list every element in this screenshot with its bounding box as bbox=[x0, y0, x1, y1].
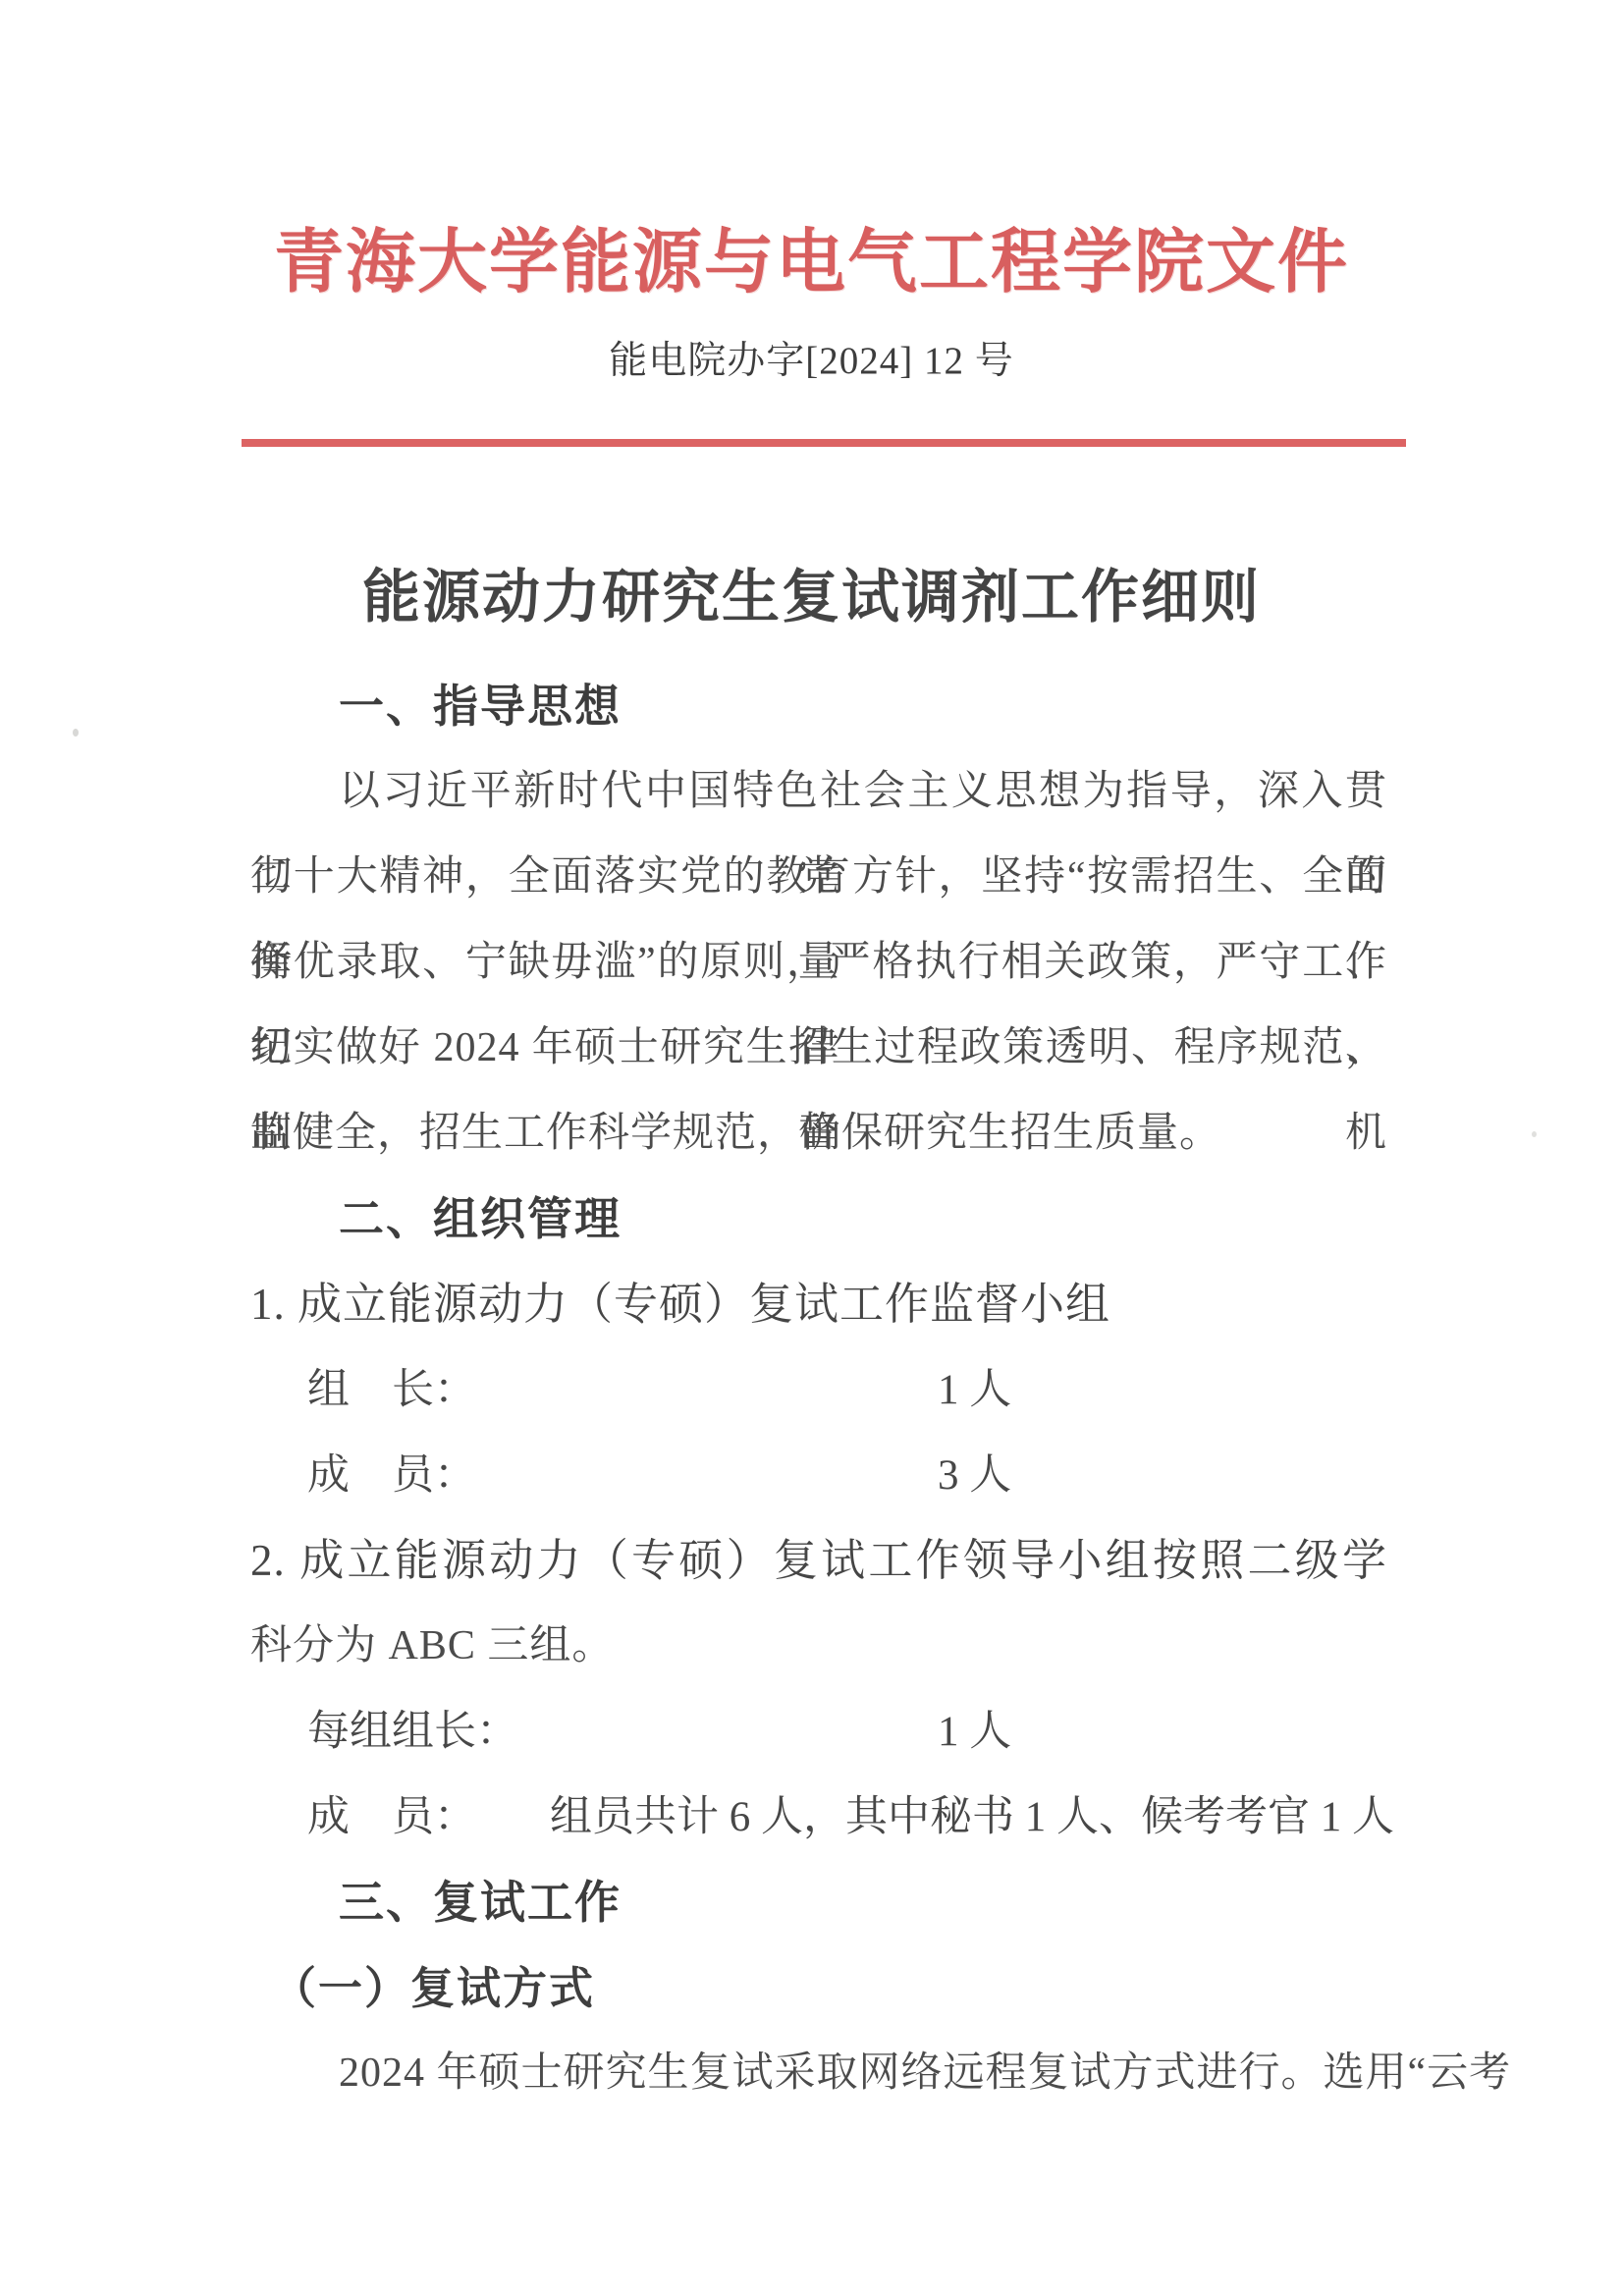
numbered-item-2: 2. 成立能源动力（专硕）复试工作领导小组按照二级学 bbox=[250, 1518, 1387, 1604]
letterhead-rule bbox=[242, 439, 1406, 447]
document-title: 能源动力研究生复试调剂工作细则 bbox=[0, 550, 1623, 633]
document-body: 一、指导思想以习近平新时代中国特色社会主义思想为指导，深入贯彻党的二十大精神，全… bbox=[250, 664, 1387, 2116]
numbered-item-1: 1. 成立能源动力（专硕）复试工作监督小组 bbox=[250, 1262, 1387, 1347]
body-line-7: 2024 年硕士研究生复试采取网络远程复试方式进行。选用“云考 bbox=[250, 2031, 1387, 2116]
kv-group-members-value: 组员共计 6 人，其中秘书 1 人、候考考官 1 人 bbox=[550, 1775, 1394, 1860]
kv-group-leader-label: 每组组长： bbox=[307, 1689, 518, 1775]
letterhead-org-title: 青海大学能源与电气工程学院文件 bbox=[0, 206, 1623, 306]
section-heading-3: 三、复试工作 bbox=[250, 1860, 1387, 1945]
kv-supervision-members-value: 3 人 bbox=[938, 1433, 1011, 1518]
kv-supervision-leader-value: 1 人 bbox=[938, 1347, 1011, 1433]
kv-supervision-leader-label: 组 长： bbox=[307, 1347, 476, 1433]
section-heading-2: 二、组织管理 bbox=[250, 1176, 1387, 1262]
scan-speckle bbox=[73, 729, 79, 737]
document-number: 能电院办字[2024] 12 号 bbox=[0, 330, 1623, 385]
body-line-5: 制健全，招生工作科学规范，确保研究生招生质量。 bbox=[250, 1091, 1387, 1176]
kv-group-leader: 每组组长：1 人 bbox=[250, 1689, 1387, 1775]
kv-supervision-members: 成 员：3 人 bbox=[250, 1433, 1387, 1518]
kv-group-leader-value: 1 人 bbox=[938, 1689, 1011, 1775]
document-page: 青海大学能源与电气工程学院文件 能电院办字[2024] 12 号 能源动力研究生… bbox=[0, 0, 1623, 2296]
section-heading-1: 一、指导思想 bbox=[250, 664, 1387, 749]
sub-heading-1: （一）复试方式 bbox=[272, 1945, 1387, 2031]
kv-group-members: 成 员：组员共计 6 人，其中秘书 1 人、候考考官 1 人 bbox=[250, 1775, 1387, 1860]
body-line-6: 科分为 ABC 三组。 bbox=[250, 1604, 1387, 1689]
kv-supervision-leader: 组 长：1 人 bbox=[250, 1347, 1387, 1433]
body-line-1: 以习近平新时代中国特色社会主义思想为指导，深入贯彻党的 bbox=[250, 749, 1387, 835]
body-line-3: 择优录取、宁缺毋滥”的原则，严格执行相关政策，严守工作纪律， bbox=[250, 920, 1387, 1006]
scan-speckle bbox=[1532, 1131, 1537, 1137]
kv-supervision-members-label: 成 员： bbox=[307, 1433, 476, 1518]
body-line-2: 二十大精神，全面落实党的教育方针，坚持“按需招生、全面衡量、 bbox=[250, 835, 1387, 920]
body-line-4: 切实做好 2024 年硕士研究生招生过程政策透明、程序规范、监督机 bbox=[250, 1006, 1387, 1091]
kv-group-members-label: 成 员： bbox=[307, 1775, 476, 1860]
